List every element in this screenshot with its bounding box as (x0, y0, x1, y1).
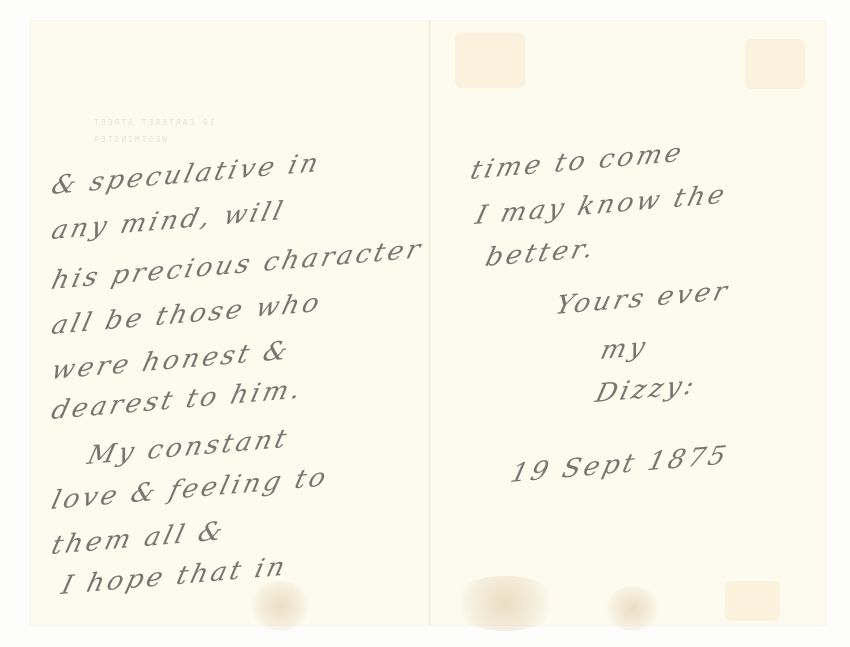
handwritten-line: my (597, 332, 651, 366)
date-line: 19 Sept 1875 (507, 441, 731, 489)
handwritten-line: I may know the (472, 180, 730, 231)
handwritten-line: all be those who (48, 288, 325, 341)
handwritten-line: My constant (84, 424, 292, 471)
handwritten-line: I hope that in (58, 552, 290, 601)
handwritten-line: them all & (48, 516, 228, 561)
handwritten-line: & speculative in (48, 148, 324, 201)
letter-sheet: 10 CARTERET STREET WESTMINSTER & specula… (30, 21, 826, 625)
handwritten-line: love & feeling to (48, 463, 331, 516)
right-page: time to come I may know the better. Your… (431, 21, 826, 625)
left-page: & speculative in any mind, will his prec… (30, 21, 428, 625)
handwritten-line: better. (482, 234, 599, 273)
closing-line: Yours ever (552, 276, 732, 321)
handwritten-line: any mind, will (48, 196, 288, 246)
signature: Dizzy: (592, 371, 700, 409)
handwritten-line: his precious character (48, 235, 426, 296)
handwritten-line: time to come (467, 138, 687, 186)
